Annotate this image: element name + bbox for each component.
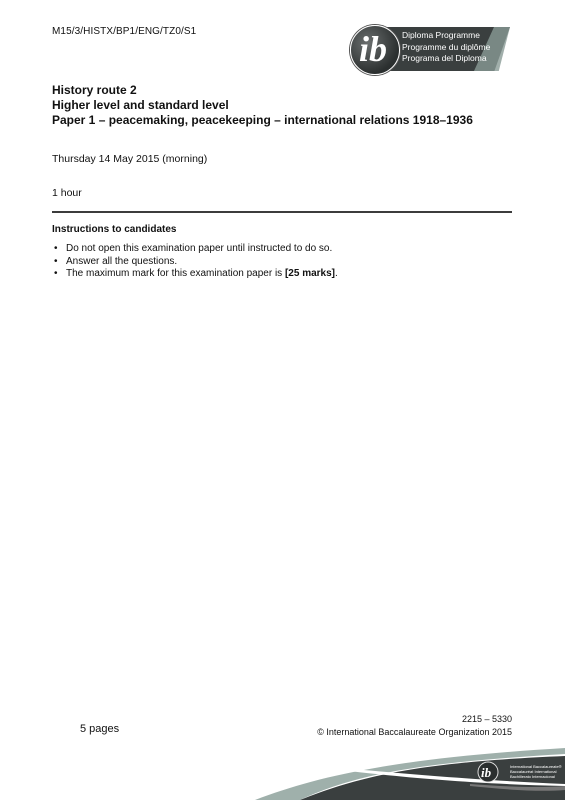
footer-reference: 2215 – 5330 © International Baccalaureat… xyxy=(317,713,512,739)
footer-swoosh: ib xyxy=(0,740,565,800)
exam-date: Thursday 14 May 2015 (morning) xyxy=(52,153,207,165)
instruction-text: Do not open this examination paper until… xyxy=(66,243,332,254)
diploma-programme-logo: ib Diploma Programme Programme du diplôm… xyxy=(350,25,510,75)
copyright: © International Baccalaureate Organizati… xyxy=(317,726,512,739)
paper-title: History route 2 Higher level and standar… xyxy=(52,83,473,128)
logo-line-es: Programa del Diploma xyxy=(402,53,490,65)
ibo-logo-text: International Baccalaureate® Baccalauréa… xyxy=(510,764,562,779)
ibo-line-es: Bachillerato Internacional xyxy=(510,774,562,779)
instruction-suffix: . xyxy=(335,268,338,279)
instructions-list: •Do not open this examination paper unti… xyxy=(52,243,338,281)
instruction-item: •The maximum mark for this examination p… xyxy=(52,268,338,281)
instructions-heading: Instructions to candidates xyxy=(52,224,176,235)
level: Higher level and standard level xyxy=(52,98,473,113)
instruction-text: The maximum mark for this examination pa… xyxy=(66,268,285,279)
instruction-item: •Answer all the questions. xyxy=(52,256,338,269)
divider xyxy=(52,211,512,213)
exam-code: M15/3/HISTX/BP1/ENG/TZ0/S1 xyxy=(52,26,196,37)
bullet-icon: • xyxy=(54,243,58,256)
max-marks: [25 marks] xyxy=(285,268,335,279)
instruction-item: •Do not open this examination paper unti… xyxy=(52,243,338,256)
logo-line-en: Diploma Programme xyxy=(402,30,490,42)
logo-text: Diploma Programme Programme du diplôme P… xyxy=(402,30,490,65)
paper-number: 2215 – 5330 xyxy=(317,713,512,726)
exam-duration: 1 hour xyxy=(52,187,82,199)
bullet-icon: • xyxy=(54,256,58,269)
ib-glyph: ib xyxy=(359,28,387,70)
page-count: 5 pages xyxy=(80,723,119,735)
logo-line-fr: Programme du diplôme xyxy=(402,42,490,54)
paper-topic: Paper 1 – peacemaking, peacekeeping – in… xyxy=(52,113,473,128)
instruction-text: Answer all the questions. xyxy=(66,256,177,267)
bullet-icon: • xyxy=(54,268,58,281)
svg-text:ib: ib xyxy=(481,765,492,780)
subject-route: History route 2 xyxy=(52,83,473,98)
ib-logo-icon: ib xyxy=(350,25,400,75)
